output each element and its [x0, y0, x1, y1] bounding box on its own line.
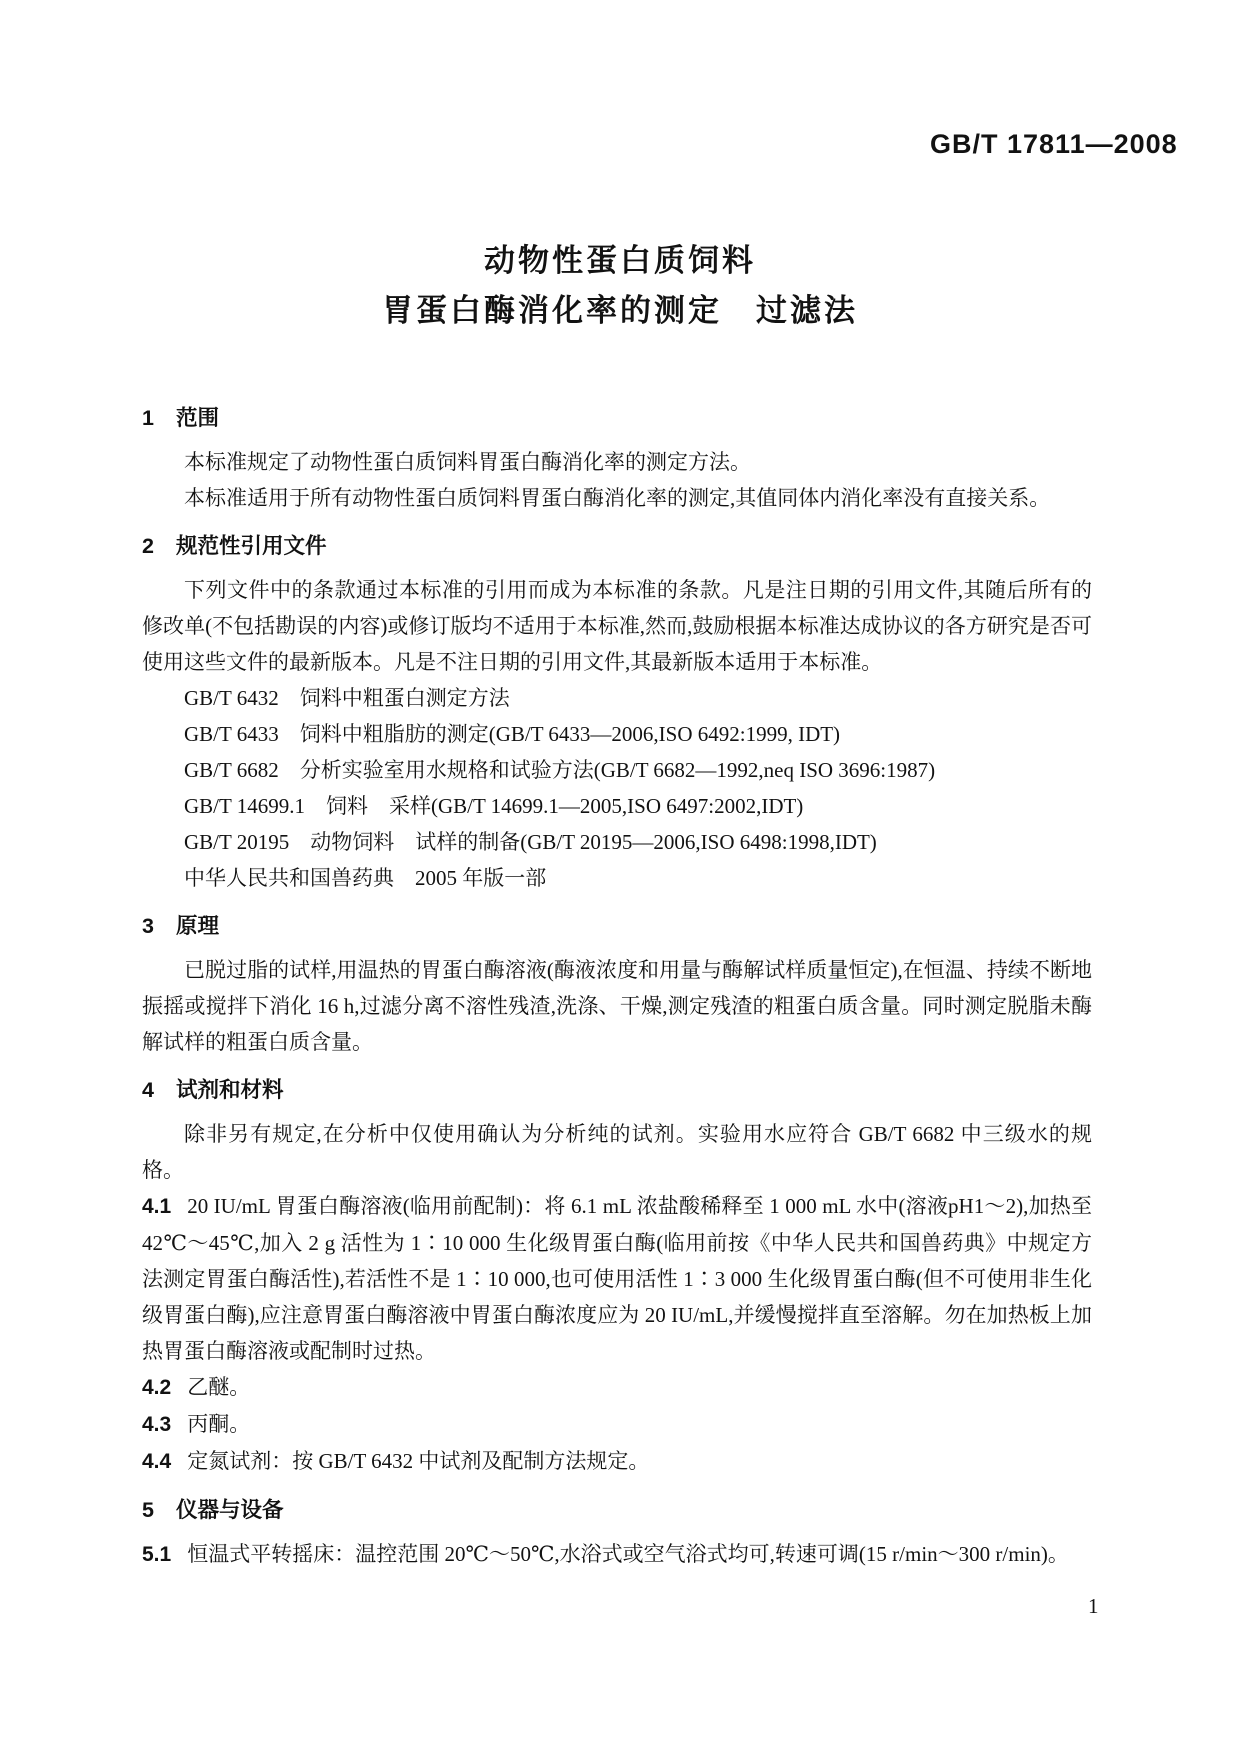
normative-reference: GB/T 6432 饲料中粗蛋白测定方法 [142, 680, 1092, 716]
section-3-heading: 3原理 [142, 908, 1092, 944]
section-1-paragraph-2: 本标准适用于所有动物性蛋白质饲料胃蛋白酶消化率的测定,其值同体内消化率没有直接关… [142, 480, 1092, 516]
section-5-heading: 5仪器与设备 [142, 1492, 1092, 1528]
clause-4-4-number: 4.4 [142, 1450, 171, 1473]
section-3-number: 3 [142, 914, 154, 938]
document-body: 1范围 本标准规定了动物性蛋白质饲料胃蛋白酶消化率的测定方法。 本标准适用于所有… [142, 400, 1092, 1573]
section-2-label: 规范性引用文件 [176, 534, 327, 558]
clause-4-2: 4.2乙醚。 [142, 1369, 1092, 1406]
section-4-heading: 4试剂和材料 [142, 1072, 1092, 1108]
section-1-number: 1 [142, 406, 154, 430]
clause-4-3-number: 4.3 [142, 1413, 171, 1436]
clause-4-1: 4.120 IU/mL 胃蛋白酶溶液(临用前配制)：将 6.1 mL 浓盐酸稀释… [142, 1188, 1092, 1369]
clause-4-2-number: 4.2 [142, 1376, 171, 1399]
normative-reference: GB/T 6682 分析实验室用水规格和试验方法(GB/T 6682—1992,… [142, 752, 1092, 788]
clause-4-2-text: 乙醚。 [187, 1375, 250, 1399]
clause-5-1-text: 恒温式平转摇床：温控范围 20℃～50℃,水浴式或空气浴式均可,转速可调(15 … [187, 1542, 1069, 1566]
normative-reference: 中华人民共和国兽药典 2005 年版一部 [142, 860, 1092, 896]
section-2-number: 2 [142, 534, 154, 558]
normative-reference: GB/T 6433 饲料中粗脂肪的测定(GB/T 6433—2006,ISO 6… [142, 716, 1092, 752]
section-2-intro: 下列文件中的条款通过本标准的引用而成为本标准的条款。凡是注日期的引用文件,其随后… [142, 572, 1092, 680]
page-number: 1 [1088, 1594, 1099, 1619]
section-2-heading: 2规范性引用文件 [142, 528, 1092, 564]
clause-5-1-number: 5.1 [142, 1543, 171, 1566]
document-title: 动物性蛋白质饲料 胃蛋白酶消化率的测定 过滤法 [0, 236, 1240, 336]
section-5-label: 仪器与设备 [176, 1498, 284, 1522]
document-page: GB/T 17811—2008 动物性蛋白质饲料 胃蛋白酶消化率的测定 过滤法 … [0, 0, 1240, 1754]
normative-reference: GB/T 20195 动物饲料 试样的制备(GB/T 20195—2006,IS… [142, 824, 1092, 860]
section-1-paragraph-1: 本标准规定了动物性蛋白质饲料胃蛋白酶消化率的测定方法。 [142, 444, 1092, 480]
section-4-number: 4 [142, 1078, 154, 1102]
clause-4-4: 4.4定氮试剂：按 GB/T 6432 中试剂及配制方法规定。 [142, 1443, 1092, 1480]
document-title-line1: 动物性蛋白质饲料 [0, 236, 1240, 286]
document-title-line2: 胃蛋白酶消化率的测定 过滤法 [0, 286, 1240, 336]
section-1-label: 范围 [176, 406, 219, 430]
section-4-label: 试剂和材料 [176, 1078, 284, 1102]
clause-4-3-text: 丙酮。 [187, 1412, 250, 1436]
clause-4-4-text: 定氮试剂：按 GB/T 6432 中试剂及配制方法规定。 [187, 1449, 649, 1473]
normative-reference: GB/T 14699.1 饲料 采样(GB/T 14699.1—2005,ISO… [142, 788, 1092, 824]
clause-4-3: 4.3丙酮。 [142, 1406, 1092, 1443]
clause-5-1: 5.1恒温式平转摇床：温控范围 20℃～50℃,水浴式或空气浴式均可,转速可调(… [142, 1536, 1092, 1573]
section-3-label: 原理 [176, 914, 219, 938]
clause-4-1-text: 20 IU/mL 胃蛋白酶溶液(临用前配制)：将 6.1 mL 浓盐酸稀释至 1… [142, 1194, 1092, 1363]
section-1-heading: 1范围 [142, 400, 1092, 436]
section-4-intro: 除非另有规定,在分析中仅使用确认为分析纯的试剂。实验用水应符合 GB/T 668… [142, 1116, 1092, 1188]
standard-code: GB/T 17811—2008 [930, 129, 1178, 160]
section-5-number: 5 [142, 1498, 154, 1522]
clause-4-1-number: 4.1 [142, 1195, 171, 1218]
section-3-paragraph-1: 已脱过脂的试样,用温热的胃蛋白酶溶液(酶液浓度和用量与酶解试样质量恒定),在恒温… [142, 952, 1092, 1060]
